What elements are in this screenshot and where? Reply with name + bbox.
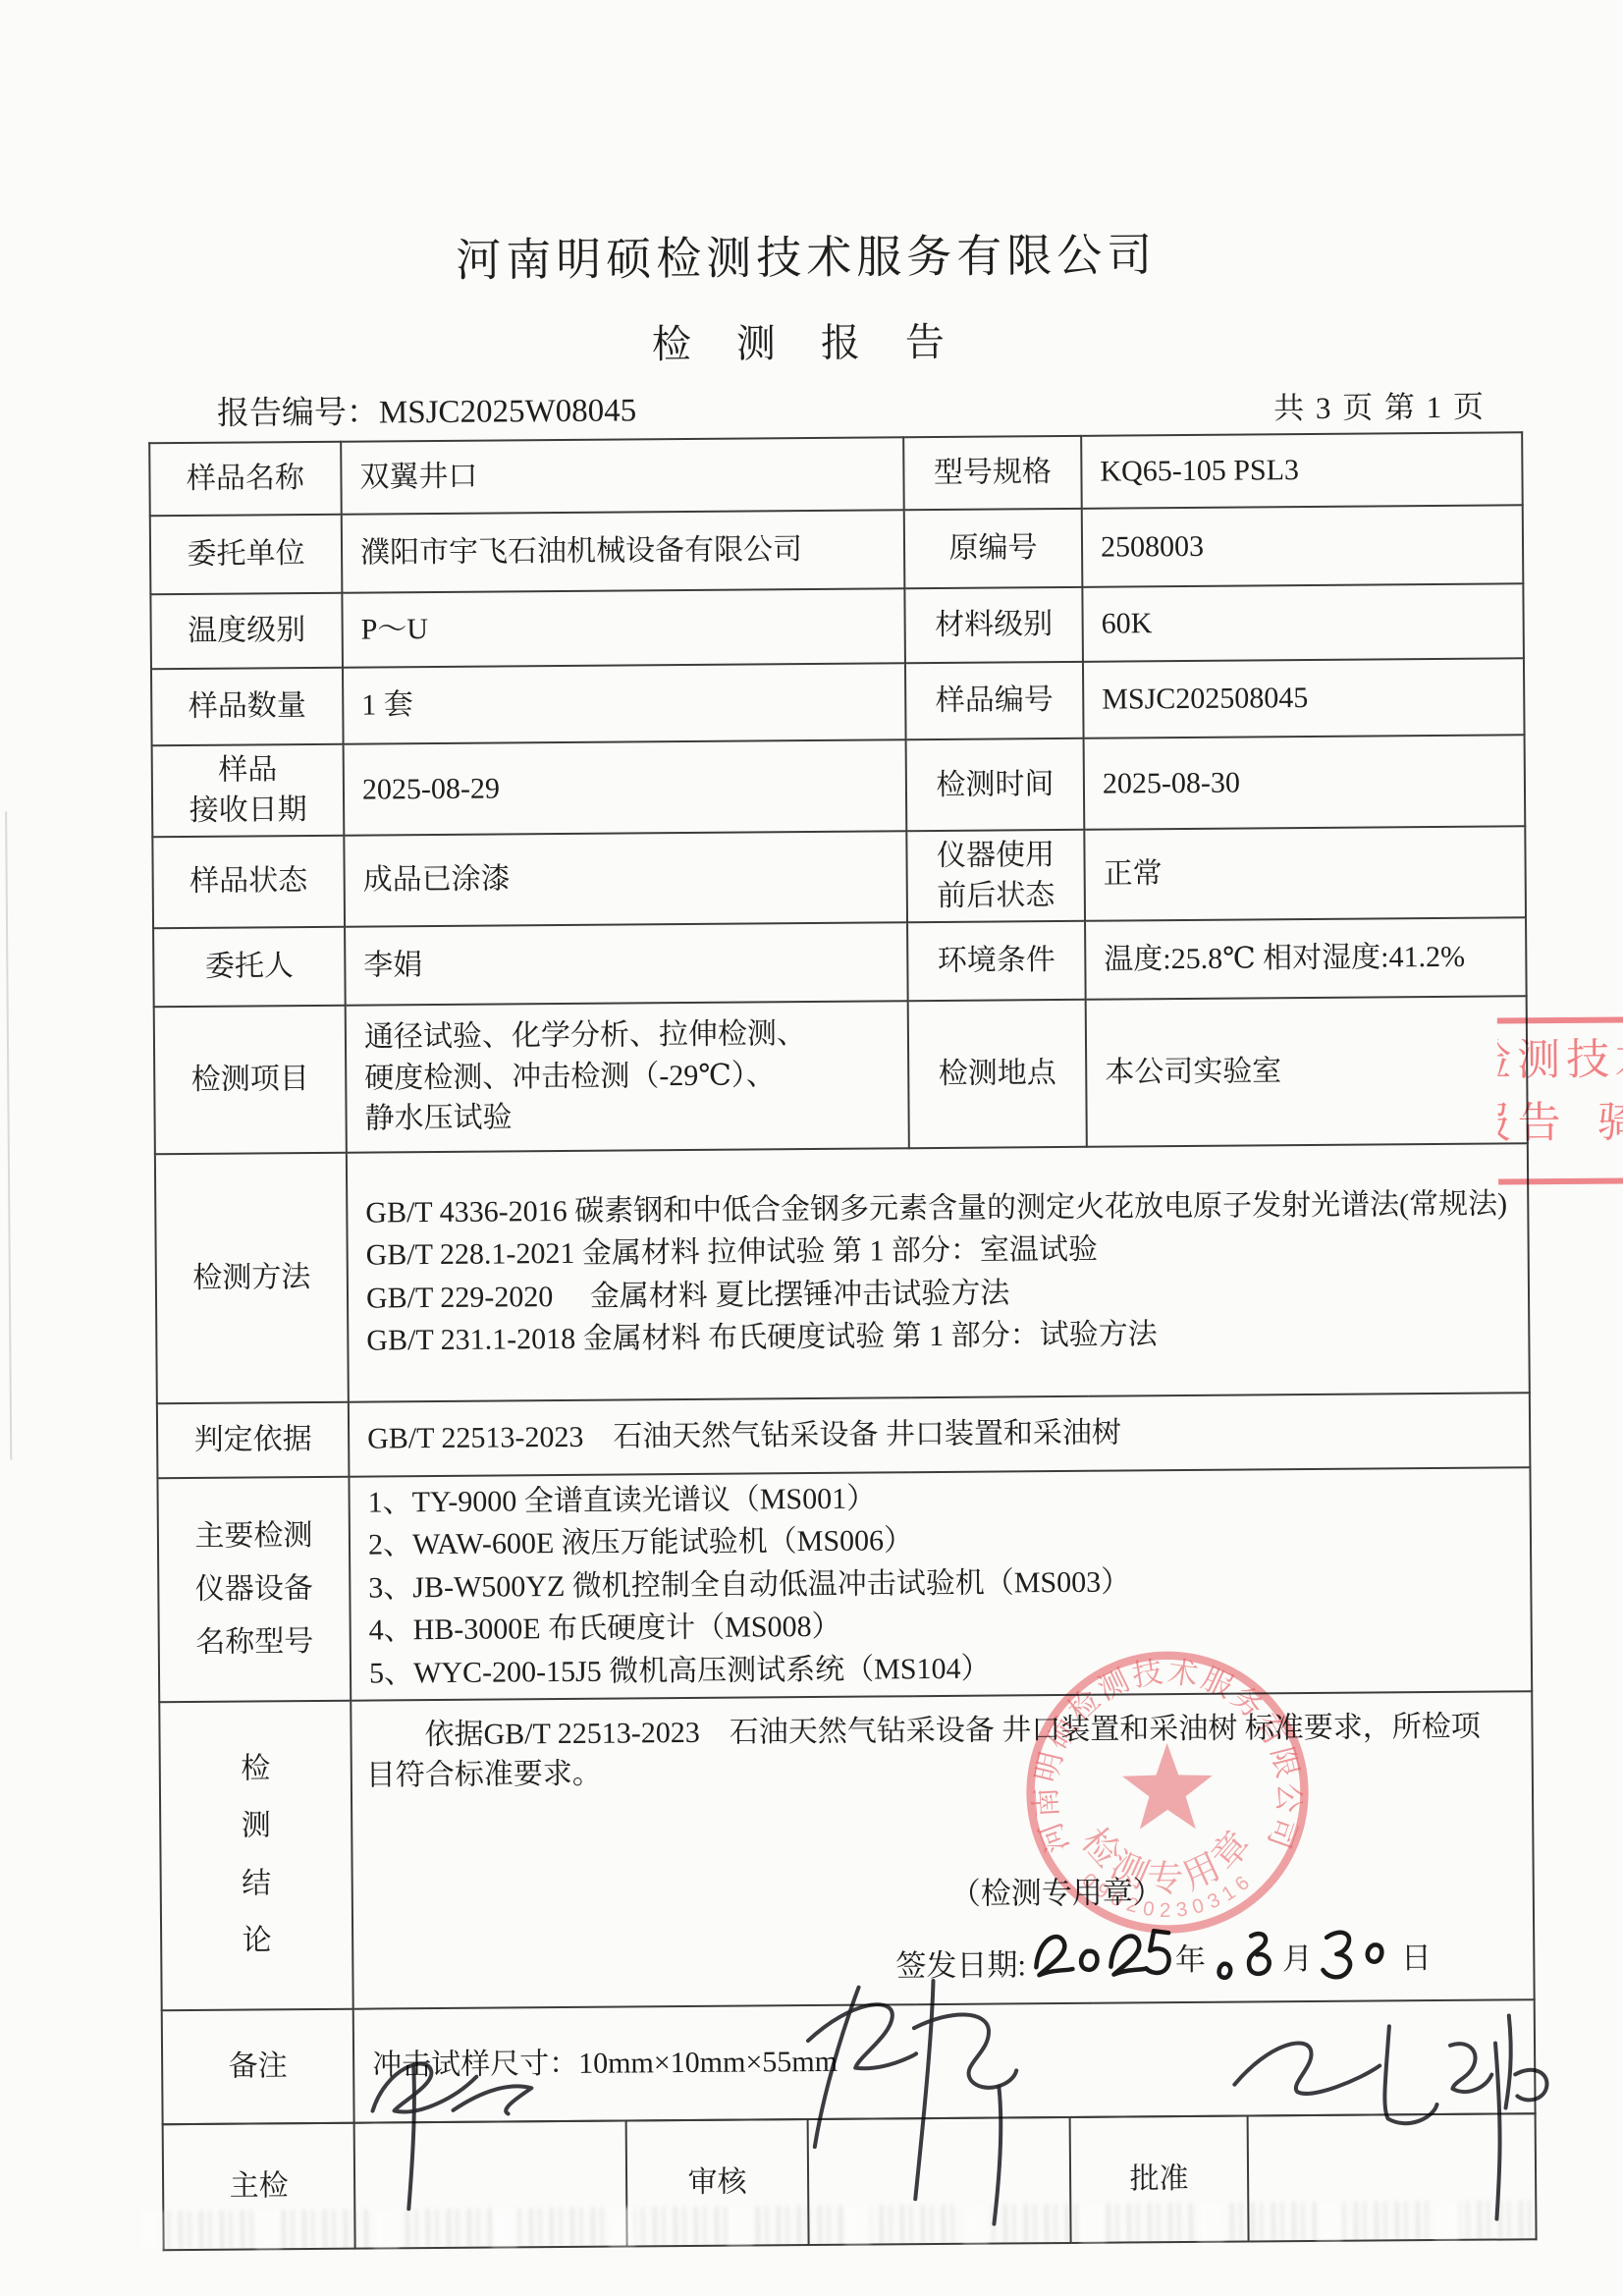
field-label: 环境条件 (907, 920, 1086, 1000)
table-row: 样品数量 1 套 样品编号 MSJC202508045 (151, 658, 1525, 745)
seal-star-icon (1122, 1743, 1214, 1830)
report-number-value: MSJC2025W08045 (379, 393, 636, 430)
field-value: 温度:25.8℃ 相对湿度:41.2% (1085, 917, 1527, 1000)
table-row-judgement: 判定依据 GB/T 22513-2023 石油天然气钻采设备 井口装置和采油树 (157, 1393, 1531, 1478)
table-row: 样品状态 成品已涂漆 仪器使用 前后状态 正常 (152, 826, 1526, 928)
field-label: 仪器使用 前后状态 (906, 830, 1085, 922)
report-number-label: 报告编号： (217, 395, 379, 431)
field-value: 正常 (1084, 826, 1526, 920)
field-label: 样品 接收日期 (152, 744, 345, 837)
chief-inspector-signature (333, 2015, 629, 2228)
field-label: 委托人 (153, 926, 346, 1007)
handwritten-day (1315, 1919, 1400, 1985)
field-label: 判定依据 (157, 1401, 350, 1478)
field-label: 样品状态 (152, 836, 345, 928)
edge-seal-text-row2: 报告 骑 (1497, 1091, 1623, 1155)
table-row: 委托单位 濮阳市宇飞石油机械设备有限公司 原编号 2508003 (150, 505, 1524, 594)
field-value: 2025-08-30 (1084, 735, 1526, 829)
conclusion-text: 依据GB/T 22513-2023 石油天然气钻采设备 井口装置和采油树 标准要… (365, 1706, 1518, 1796)
field-value: 本公司实验室 (1086, 996, 1528, 1147)
table-row-conclusion: 检 测 结 论 依据GB/T 22513-2023 石油天然气钻采设备 井口装置… (159, 1691, 1534, 2010)
field-label: 主要检测 仪器设备 名称型号 (157, 1476, 351, 1702)
field-label: 样品编号 (905, 662, 1084, 739)
field-label: 检测方法 (155, 1152, 349, 1403)
table-row: 样品名称 双翼井口 型号规格 KQ65-105 PSL3 (149, 432, 1523, 516)
table-row: 样品 接收日期 2025-08-29 检测时间 2025-08-30 (152, 735, 1526, 837)
field-label: 材料级别 (904, 587, 1083, 663)
field-value: 成品已涂漆 (344, 831, 907, 926)
page-count: 共 3 页 第 1 页 (1273, 382, 1486, 428)
field-value: 濮阳市宇飞石油机械设备有限公司 (342, 510, 905, 592)
report-meta-line: 报告编号：MSJC2025W08045 共 3 页 第 1 页 (0, 377, 1619, 390)
field-value: 通径试验、化学分析、拉伸检测、 硬度检测、冲击检测（-29℃）、 静水压试验 (346, 1001, 909, 1152)
edge-seal-text-row1: 检测技术 (1497, 1029, 1623, 1093)
reviewer-signature (764, 1970, 1090, 2238)
field-value: 2508003 (1082, 505, 1524, 587)
company-round-seal: 河南明硕检测技术服务有限公司 检测专用章 09020230316 (1011, 1636, 1324, 1948)
method-lines: GB/T 4336-2016 碳素钢和中低合金钢多元素含量的测定火花放电原子发射… (347, 1143, 1530, 1401)
report-title: 检 测 报 告 (0, 306, 1619, 375)
equipment-list: 1、TY-9000 全谱直读光谱议（MS001） 2、WAW-600E 液压万能… (349, 1467, 1532, 1700)
table-row: 委托人 李娟 环境条件 温度:25.8℃ 相对湿度:41.2% (153, 917, 1527, 1007)
field-label: 检测项目 (154, 1005, 347, 1154)
field-value: 李娟 (345, 922, 908, 1005)
field-value: 60K (1082, 583, 1524, 662)
field-value: 2025-08-29 (344, 739, 907, 835)
equipment-item: 5、WYC-200-15J5 微机高压测试系统（MS104） (369, 1643, 1517, 1695)
field-label: 检测地点 (908, 999, 1087, 1147)
edge-riding-seal: 检测技术 报告 骑 (1497, 1017, 1623, 1185)
field-value: GB/T 22513-2023 石油天然气钻采设备 井口装置和采油树 (349, 1393, 1531, 1476)
scanned-inspection-report: { "header": { "company": "河南明硕检测技术服务有限公司… (0, 0, 1623, 2296)
field-value: 双翼井口 (341, 437, 904, 514)
field-label: 检测时间 (906, 738, 1085, 831)
report-number: 报告编号：MSJC2025W08045 (217, 384, 637, 433)
field-value: MSJC202508045 (1083, 658, 1525, 738)
field-label: 型号规格 (903, 436, 1082, 510)
conclusion-cell: 依据GB/T 22513-2023 石油天然气钻采设备 井口装置和采油树 标准要… (351, 1691, 1534, 2008)
approver-signature (1215, 1988, 1609, 2231)
scanner-edge-artifact (5, 811, 12, 1459)
report-main-table: 样品名称 双翼井口 型号规格 KQ65-105 PSL3 委托单位 濮阳市宇飞石… (148, 431, 1536, 2125)
document-page: 河南明硕检测技术服务有限公司 检 测 报 告 报告编号：MSJC2025W080… (0, 0, 1623, 2296)
method-line: GB/T 231.1-2018 金属材料 布氏硬度试验 第 1 部分：试验方法 (366, 1310, 1514, 1362)
table-row: 检测项目 通径试验、化学分析、拉伸检测、 硬度检测、冲击检测（-29℃）、 静水… (154, 996, 1528, 1154)
table-row-equipment: 主要检测 仪器设备 名称型号 1、TY-9000 全谱直读光谱议（MS001） … (157, 1467, 1532, 1702)
field-value: 1 套 (343, 663, 906, 743)
field-value: KQ65-105 PSL3 (1081, 432, 1523, 509)
table-row-method: 检测方法 GB/T 4336-2016 碳素钢和中低合金钢多元素含量的测定火花放… (155, 1143, 1530, 1403)
field-label: 委托单位 (150, 515, 343, 595)
field-label: 样品名称 (149, 442, 342, 517)
field-label: 温度级别 (150, 593, 343, 670)
field-label: 检 测 结 论 (159, 1700, 352, 2010)
company-title: 河南明硕检测技术服务有限公司 (0, 216, 1618, 294)
field-label: 原编号 (904, 509, 1083, 588)
field-value: P～U (342, 588, 905, 667)
table-row: 温度级别 P～U 材料级别 60K (150, 583, 1524, 669)
day-unit: 日 (1401, 1938, 1432, 1980)
field-label: 备注 (162, 2008, 354, 2124)
field-label: 样品数量 (151, 668, 344, 746)
